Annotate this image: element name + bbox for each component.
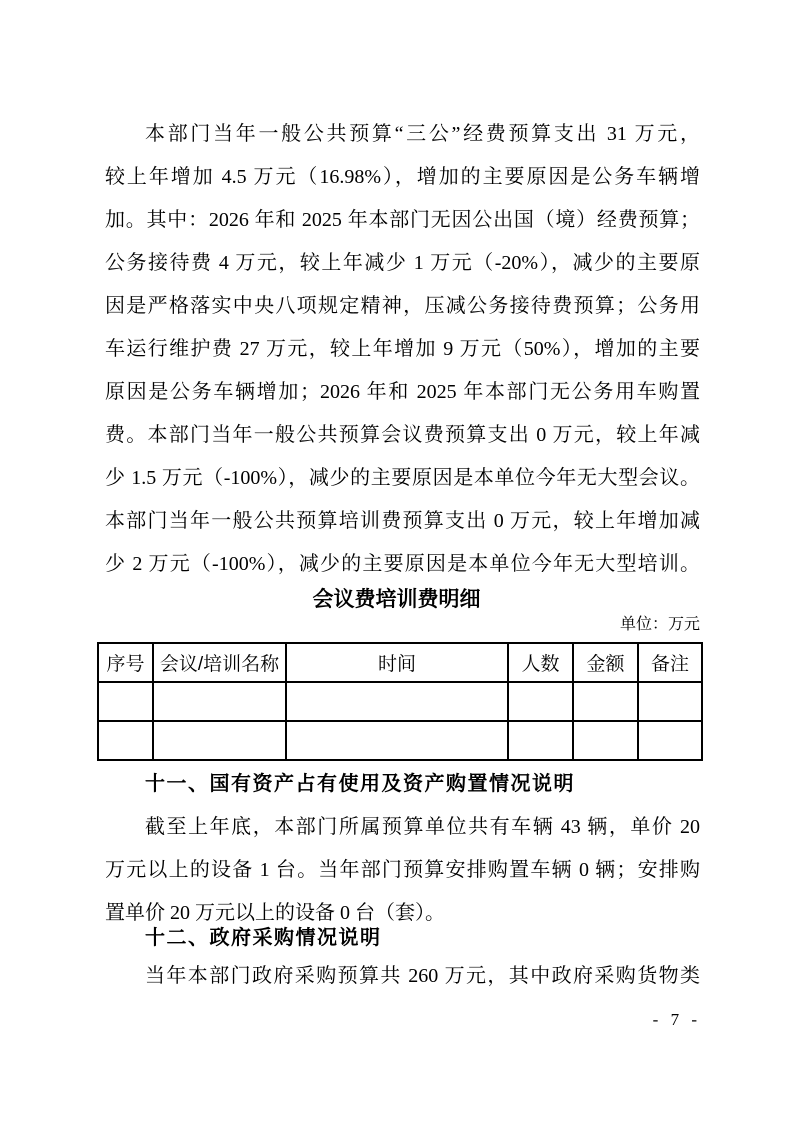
text-line: 当年本部门政府采购预算共 260 万元，其中政府采购货物类 xyxy=(105,955,700,998)
table-cell xyxy=(508,682,573,721)
unit-label: 单位：万元 xyxy=(105,615,700,635)
document-page: 本部门当年一般公共预算“三公”经费预算支出 31 万元，较上年增加 4.5 万元… xyxy=(0,0,793,1122)
section-12-heading: 十二、政府采购情况说明 xyxy=(105,917,700,960)
table-column-header: 金额 xyxy=(573,643,638,682)
table-cell xyxy=(286,721,508,760)
text-line: 车运行维护费 27 万元，较上年增加 9 万元（50%），增加的主要 xyxy=(105,328,700,371)
text-line: 加。其中：2026 年和 2025 年本部门无因公出国（境）经费预算； xyxy=(105,199,700,242)
text-line: 较上年增加 4.5 万元（16.98%），增加的主要原因是公务车辆增 xyxy=(105,156,700,199)
text-line: 因是严格落实中央八项规定精神，压减公务接待费预算；公务用 xyxy=(105,285,700,328)
table-row xyxy=(98,721,702,760)
table-column-header: 备注 xyxy=(638,643,702,682)
table-header-row: 序号会议/培训名称时间人数金额备注 xyxy=(98,643,702,682)
meeting-training-fee-table: 序号会议/培训名称时间人数金额备注 xyxy=(97,642,703,761)
table-cell xyxy=(638,682,702,721)
text-line: 公务接待费 4 万元，较上年减少 1 万元（-20%），减少的主要原 xyxy=(105,242,700,285)
table-column-header: 序号 xyxy=(98,643,153,682)
table-cell xyxy=(153,682,286,721)
text-line: 万元以上的设备 1 台。当年部门预算安排购置车辆 0 辆；安排购 xyxy=(105,849,700,892)
table-cell xyxy=(508,721,573,760)
table-cell xyxy=(573,682,638,721)
table-cell xyxy=(153,721,286,760)
table-cell xyxy=(573,721,638,760)
table-row xyxy=(98,682,702,721)
text-line: 截至上年底，本部门所属预算单位共有车辆 43 辆，单价 20 xyxy=(105,806,700,849)
table-column-header: 人数 xyxy=(508,643,573,682)
text-line: 少 2 万元（-100%），减少的主要原因是本单位今年无大型培训。 xyxy=(105,543,700,586)
paragraph-state-owned-assets: 截至上年底，本部门所属预算单位共有车辆 43 辆，单价 20万元以上的设备 1 … xyxy=(105,806,700,935)
table-cell xyxy=(638,721,702,760)
table-cell xyxy=(98,721,153,760)
text-line: 原因是公务车辆增加；2026 年和 2025 年本部门无公务用车购置 xyxy=(105,371,700,414)
text-line: 本部门当年一般公共预算“三公”经费预算支出 31 万元， xyxy=(105,113,700,156)
paragraph-three-public-expenses: 本部门当年一般公共预算“三公”经费预算支出 31 万元，较上年增加 4.5 万元… xyxy=(105,113,700,586)
text-line: 少 1.5 万元（-100%），减少的主要原因是本单位今年无大型会议。 xyxy=(105,457,700,500)
table-column-header: 时间 xyxy=(286,643,508,682)
table-cell xyxy=(98,682,153,721)
text-line: 费。本部门当年一般公共预算会议费预算支出 0 万元，较上年减 xyxy=(105,414,700,457)
table-column-header: 会议/培训名称 xyxy=(153,643,286,682)
page-number: - 7 - xyxy=(653,1008,701,1032)
table-cell xyxy=(286,682,508,721)
section-11-heading: 十一、国有资产占有使用及资产购置情况说明 xyxy=(105,763,700,806)
paragraph-government-procurement: 当年本部门政府采购预算共 260 万元，其中政府采购货物类 xyxy=(105,955,700,998)
text-line: 本部门当年一般公共预算培训费预算支出 0 万元，较上年增加减 xyxy=(105,500,700,543)
table-title: 会议费培训费明细 xyxy=(0,584,793,614)
